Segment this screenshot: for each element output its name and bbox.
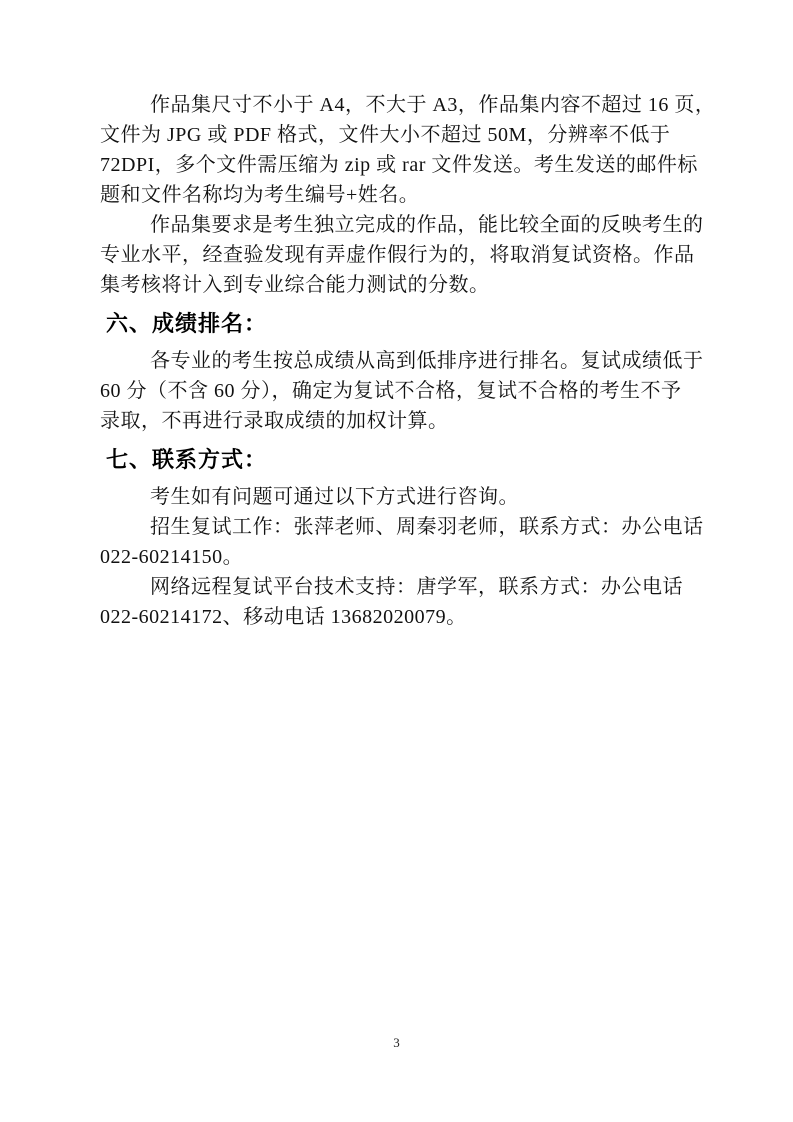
text-line: 022-60214150。 [100,542,728,572]
text-line: 网络远程复试平台技术支持：唐学军，联系方式：办公电话 [100,572,728,602]
page-number: 3 [393,1035,400,1050]
text-line: 各专业的考生按总成绩从高到低排序进行排名。复试成绩低于 [100,346,728,376]
body-paragraph: 招生复试工作：张萍老师、周秦羽老师，联系方式：办公电话022-60214150。 [100,512,728,572]
text-line: 60 分（不含 60 分），确定为复试不合格，复试不合格的考生不予 [100,376,728,406]
body-paragraph: 作品集要求是考生独立完成的作品，能比较全面的反映考生的专业水平，经查验发现有弄虚… [100,210,728,300]
text-line: 招生复试工作：张萍老师、周秦羽老师，联系方式：办公电话 [100,512,728,542]
text-line: 录取，不再进行录取成绩的加权计算。 [100,406,728,436]
document-content: 作品集尺寸不小于 A4，不大于 A3，作品集内容不超过 16 页，文件为 JPG… [100,90,728,632]
section-heading: 七、联系方式： [100,444,728,476]
text-line: 专业水平，经查验发现有弄虚作假行为的，将取消复试资格。作品 [100,240,728,270]
body-paragraph: 各专业的考生按总成绩从高到低排序进行排名。复试成绩低于60 分（不含 60 分）… [100,346,728,436]
body-paragraph: 网络远程复试平台技术支持：唐学军，联系方式：办公电话022-60214172、移… [100,572,728,632]
text-line: 作品集尺寸不小于 A4，不大于 A3，作品集内容不超过 16 页， [100,90,728,120]
text-line: 文件为 JPG 或 PDF 格式，文件大小不超过 50M，分辨率不低于 [100,120,728,150]
body-paragraph: 作品集尺寸不小于 A4，不大于 A3，作品集内容不超过 16 页，文件为 JPG… [100,90,728,210]
text-line: 作品集要求是考生独立完成的作品，能比较全面的反映考生的 [100,210,728,240]
page-footer: 3 [0,1034,793,1052]
text-line: 考生如有问题可通过以下方式进行咨询。 [100,482,728,512]
text-line: 集考核将计入到专业综合能力测试的分数。 [100,270,728,300]
text-line: 72DPI，多个文件需压缩为 zip 或 rar 文件发送。考生发送的邮件标 [100,150,728,180]
section-heading: 六、成绩排名： [100,308,728,340]
text-line: 022-60214172、移动电话 13682020079。 [100,602,728,632]
body-paragraph: 考生如有问题可通过以下方式进行咨询。 [100,482,728,512]
text-line: 题和文件名称均为考生编号+姓名。 [100,180,728,210]
document-page: 作品集尺寸不小于 A4，不大于 A3，作品集内容不超过 16 页，文件为 JPG… [0,0,793,1122]
